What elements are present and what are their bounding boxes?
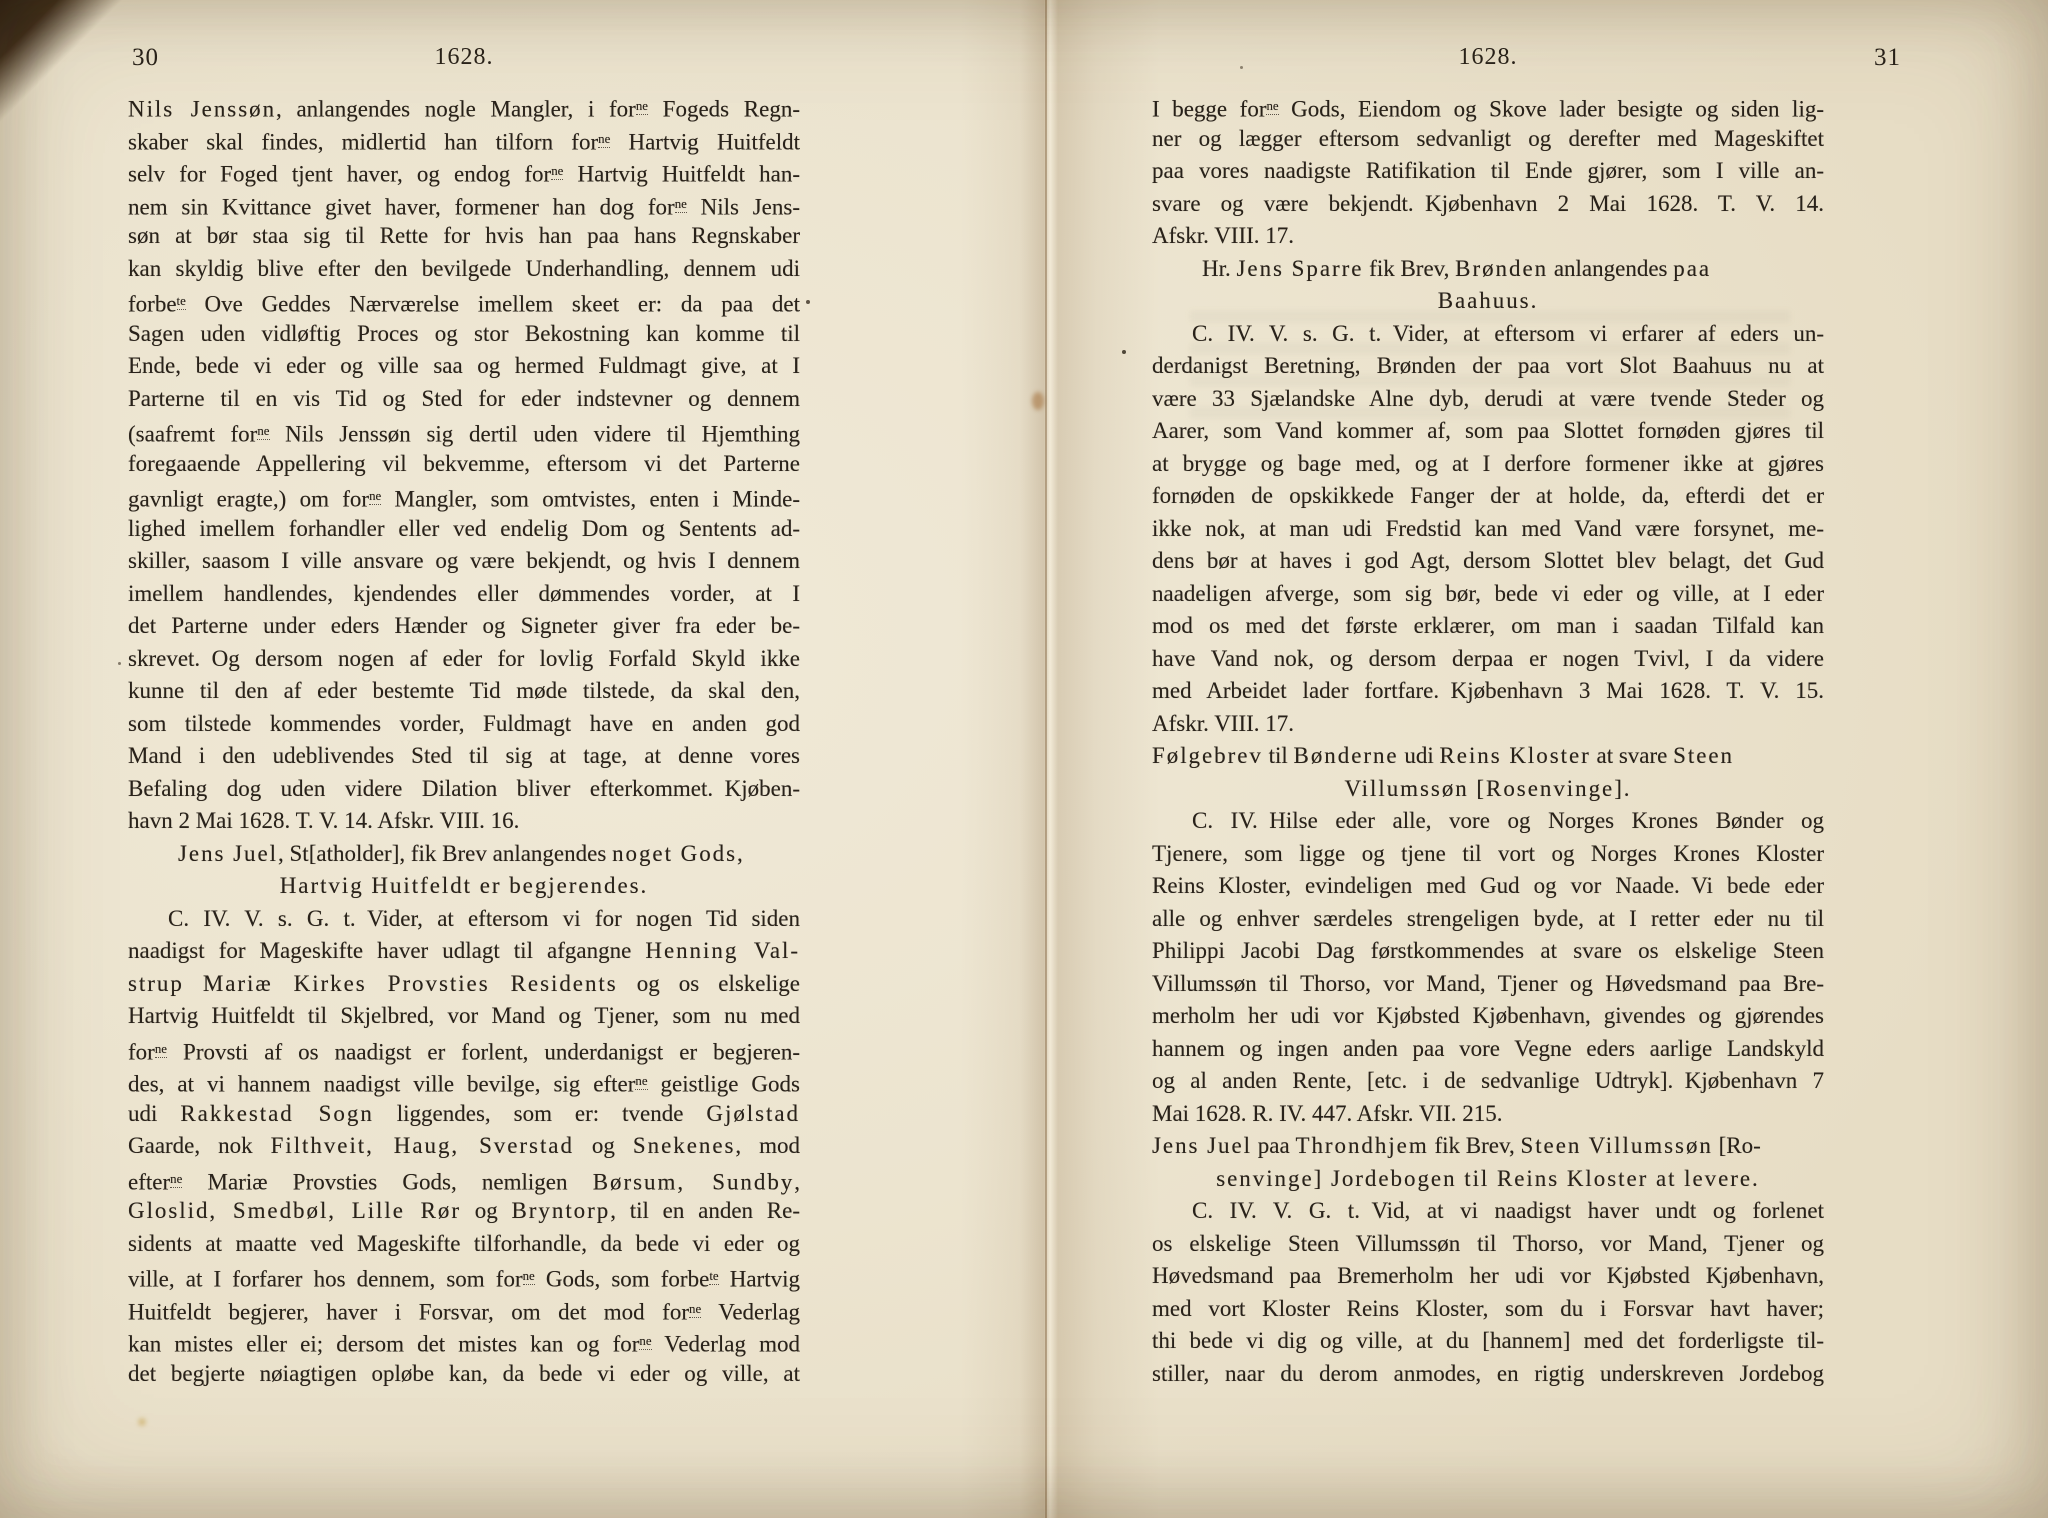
letterspaced-text: paa (1673, 256, 1711, 281)
letterspaced-text: Jens Juel (178, 841, 278, 866)
heading-line: senvinge] Jordebogen til Reins Kloster a… (1152, 1163, 1824, 1196)
letterspaced-text: Steen (1673, 743, 1734, 768)
text-run: Fogeds Regn- (648, 97, 800, 122)
body-line: imellem handlendes, kjendendes eller døm… (128, 578, 800, 611)
text-run: merholm her udi vor Kjøbsted Kjøbenhavn,… (1152, 1003, 1824, 1028)
body-line: med Arbeidet lader fortfare. Kjøbenhavn … (1152, 675, 1824, 708)
body-line: selv for Foged tjent haver, og endog for… (128, 155, 800, 188)
letterspaced-text: Jens Juel (1152, 1133, 1252, 1158)
paragraph: C. IV. Hilse eder alle, vore og Norges K… (1152, 805, 1824, 1130)
text-run: naadeligen afverge, som sig bør, bede vi… (1152, 581, 1824, 606)
text-run: Mai 1628. R. IV. 447. Afskr. VII. 215. (1152, 1101, 1503, 1126)
letterspaced-text: Steen Villumssøn (1520, 1133, 1712, 1158)
ink-speck (1240, 66, 1243, 69)
body-line: hannem og ingen anden paa vore Vegne ede… (1152, 1033, 1824, 1066)
letterspaced-text: Filthveit, Haug, Sverstad (271, 1133, 574, 1158)
body-line: det begjerte nøiagtigen opløbe kan, da b… (128, 1358, 800, 1391)
body-line: Gloslid, Smedbøl, Lille Rør og Bryntorp,… (128, 1195, 800, 1228)
body-line: gavnligt eragte,) om forne Mangler, som … (128, 480, 800, 513)
letterspaced-text: strup (128, 971, 184, 996)
text-run: kan mistes eller ei; dersom det mistes k… (128, 1332, 639, 1357)
letter-heading: Følgebrev til Bønderne udi Reins Kloster… (1152, 740, 1824, 805)
text-run: , til en anden Re- (610, 1198, 800, 1223)
ink-speck (1770, 1246, 1773, 1249)
superscript-abbrev: ne (523, 1269, 535, 1285)
text-run: Nils Jens- (687, 194, 800, 219)
rust-stain (1032, 392, 1044, 410)
body-line: naadigst for Mageskifte haver udlagt til… (128, 935, 800, 968)
letterspaced-text: Bønderne (1294, 743, 1399, 768)
text-run: I begge for (1152, 97, 1266, 122)
text-run: C. IV. V. s. G. t. Vider, at eftersom vi… (168, 906, 800, 931)
ink-speck (1122, 350, 1126, 354)
text-run: , St[atholder], fik Brev anlangendes (278, 841, 612, 866)
text-run: og (461, 1198, 512, 1223)
text-run: Tjenere, som ligge og tjene til vort og … (1152, 841, 1824, 866)
body-line: havn 2 Mai 1628. T. V. 14. Afskr. VIII. … (128, 805, 800, 838)
body-line: dens bør at haves i god Agt, dersom Slot… (1152, 545, 1824, 578)
heading-line: Villumssøn [Rosenvinge]. (1152, 773, 1824, 806)
text-run: at svare (1591, 743, 1673, 768)
heading-line: Jens Juel, St[atholder], fik Brev anlang… (128, 838, 800, 871)
body-line: kan skyldig blive efter den bevilgede Un… (128, 253, 800, 286)
letter-heading: Jens Juel, St[atholder], fik Brev anlang… (128, 838, 800, 903)
text-run: Hartvig Huitfeldt (610, 129, 800, 154)
body-line: skaber skal findes, midlertid han tilfor… (128, 123, 800, 156)
body-line: merholm her udi vor Kjøbsted Kjøbenhavn,… (1152, 1000, 1824, 1033)
show-through-ghost-text (1180, 290, 1800, 439)
text-run: skaber skal findes, midlertid han tilfor… (128, 129, 598, 154)
text-run: svare og være bekjendt. Kjøbenhavn 2 Mai… (1152, 191, 1824, 216)
text-run: Parterne til en vis Tid og Sted for eder… (128, 386, 800, 411)
superscript-abbrev: ne (369, 489, 381, 505)
paragraph: I begge forne Gods, Eiendom og Skove lad… (1152, 90, 1824, 253)
text-run: fik Brev, (1363, 256, 1455, 281)
body-line: Nils Jenssøn, anlangendes nogle Mangler,… (128, 90, 800, 123)
text-run: Afskr. VIII. 17. (1152, 711, 1294, 736)
ghost-line (1190, 407, 1790, 418)
superscript-abbrev: ne (551, 164, 563, 180)
text-run: , mod (735, 1133, 800, 1158)
text-run: udi (1399, 743, 1440, 768)
letterspaced-text: senvinge] Jordebogen til Reins Kloster a… (1216, 1166, 1760, 1191)
body-line: og al anden Rente, [etc. i de sedvanlige… (1152, 1065, 1824, 1098)
text-run: Afskr. VIII. 17. (1152, 223, 1294, 248)
text-run: fornøden de opskikkede Fanger der at hol… (1152, 483, 1824, 508)
body-line: forbete Ove Geddes Nærværelse imellem sk… (128, 285, 800, 318)
text-run: Nils Jenssøn sig dertil uden videre til … (270, 422, 801, 447)
text-run (184, 971, 203, 996)
letterspaced-text: Bryntorp (512, 1198, 611, 1223)
superscript-abbrev: ne (257, 424, 269, 440)
text-run: Gods, som forbe (535, 1267, 710, 1292)
text-run: med Arbeidet lader fortfare. Kjøbenhavn … (1152, 678, 1824, 703)
right-page-text: I begge forne Gods, Eiendom og Skove lad… (1152, 90, 1824, 1390)
body-line: des, at vi hannem naadigst ville bevilge… (128, 1065, 800, 1098)
body-line: forne Provsti af os naadigst er forlent,… (128, 1033, 800, 1066)
text-run: ikke nok, at man udi Fredstid kan med Va… (1152, 516, 1824, 541)
text-run: Provsti af os naadigst er forlent, under… (167, 1039, 800, 1064)
body-line: Befaling dog uden videre Dilation bliver… (128, 773, 800, 806)
text-run: lighed imellem forhandler eller ved ende… (128, 516, 800, 541)
text-run: kunne til den af eder bestemte Tid møde … (128, 678, 800, 703)
body-line: det Parterne under eders Hænder og Signe… (128, 610, 800, 643)
letterspaced-text: Rakkestad Sogn (180, 1101, 373, 1126)
text-run: C. IV. Hilse eder alle, vore og Norges K… (1192, 808, 1824, 833)
text-run: som tilstede kommendes vorder, Fuldmagt … (128, 711, 800, 736)
text-run: Mand i den udeblivendes Sted til sig at … (128, 743, 800, 768)
text-run: Reins Kloster, evindeligen med Gud og vo… (1152, 873, 1824, 898)
text-run: have Vand nok, og dersom derpaa er nogen… (1152, 646, 1824, 671)
body-line: alle og enhver særdeles strengeligen byd… (1152, 903, 1824, 936)
body-line: skiller, saasom I ville ansvare og være … (128, 545, 800, 578)
text-run: alle og enhver særdeles strengeligen byd… (1152, 906, 1824, 931)
text-run: des, at vi hannem naadigst ville bevilge… (128, 1072, 635, 1097)
letterspaced-text: Nils Jenssøn (128, 97, 276, 122)
text-run: fik Brev, (1429, 1133, 1521, 1158)
text-run: at brygge og bage med, og at I derfore f… (1152, 451, 1824, 476)
gutter-crease-line (1045, 0, 1047, 1518)
text-run: liggendes, som er: tvende (374, 1101, 707, 1126)
superscript-abbrev: te (709, 1269, 718, 1285)
letterspaced-text: Brønden (1455, 256, 1548, 281)
text-run: Hartvig Huitfeldt til Skjelbred, vor Man… (128, 1003, 800, 1028)
text-run: udi (128, 1101, 180, 1126)
body-line: strup Mariæ Kirkes Provsties Residents o… (128, 968, 800, 1001)
letterspaced-text: Henning Val- (645, 938, 800, 963)
ink-speck (806, 300, 810, 304)
body-line: Sagen uden vidløftig Proces og stor Beko… (128, 318, 800, 351)
letterspaced-text: Villumssøn [Rosenvinge]. (1344, 776, 1631, 801)
letterspaced-text: Følgebrev (1152, 743, 1263, 768)
heading-line: Hartvig Huitfeldt er begjerendes. (128, 870, 800, 903)
text-run: Huitfeldt begjerer, haver i Forsvar, om … (128, 1299, 689, 1324)
text-run: Gods, Eiendom og Skove lader besigte og … (1279, 97, 1824, 122)
body-line: Mai 1628. R. IV. 447. Afskr. VII. 215. (1152, 1098, 1824, 1131)
body-line: have Vand nok, og dersom derpaa er nogen… (1152, 643, 1824, 676)
body-line: efterne Mariæ Provsties Gods, nemligen B… (128, 1163, 800, 1196)
body-line: som tilstede kommendes vorder, Fuldmagt … (128, 708, 800, 741)
text-run: C. IV. V. G. t. Vid, at vi naadigst have… (1192, 1198, 1824, 1223)
text-run: med vort Kloster Reins Kloster, som du i… (1152, 1296, 1824, 1321)
letterspaced-text: Gloslid, Smedbøl, Lille Rør (128, 1198, 461, 1223)
superscript-abbrev: ne (1266, 99, 1278, 115)
text-run: skrevet. Og dersom nogen af eder for lov… (128, 646, 800, 671)
text-run: gavnligt eragte,) om for (128, 487, 369, 512)
text-run: det begjerte nøiagtigen opløbe kan, da b… (128, 1361, 800, 1386)
text-run: og al anden Rente, [etc. i de sedvanlige… (1152, 1068, 1824, 1093)
body-line: thi bede vi dig og ville, at du [hannem]… (1152, 1325, 1824, 1358)
text-run: for (128, 1039, 155, 1064)
body-line: søn at bør staa sig til Rette for hvis h… (128, 220, 800, 253)
text-run: , (794, 1169, 800, 1194)
text-run: og os elskelige (618, 971, 800, 996)
text-run: paa vores naadigste Ratifikation til End… (1152, 158, 1824, 183)
body-line: os elskelige Steen Villumssøn til Thorso… (1152, 1228, 1824, 1261)
body-line: Høvedsmand paa Bremerholm her udi vor Kj… (1152, 1260, 1824, 1293)
letterspaced-text: Reins Kloster (1439, 743, 1590, 768)
superscript-abbrev: ne (155, 1042, 167, 1058)
superscript-abbrev: ne (635, 1074, 647, 1090)
text-run: Gaarde, nok (128, 1133, 271, 1158)
text-run: mod os med det første erklærer, om man i… (1152, 613, 1824, 638)
letterspaced-text: noget Gods (612, 841, 737, 866)
body-line: ner og lægger eftersom sedvanligt og der… (1152, 123, 1824, 156)
text-run: [Ro- (1713, 1133, 1761, 1158)
body-line: C. IV. Hilse eder alle, vore og Norges K… (1152, 805, 1824, 838)
letterspaced-text: Hartvig Huitfeldt er begjerendes. (280, 873, 649, 898)
text-run: Mariæ Provsties Gods, nemligen (182, 1169, 592, 1194)
heading-line: Hr. Jens Sparre fik Brev, Brønden anlang… (1152, 253, 1824, 286)
text-run: forbe (128, 292, 177, 317)
book-scan-photo: 30 1628. Nils Jenssøn, anlangendes nogle… (0, 0, 2048, 1518)
body-line: nem sin Kvittance givet haver, formener … (128, 188, 800, 221)
superscript-abbrev: ne (636, 99, 648, 115)
ghost-line (1190, 375, 1790, 386)
letterspaced-text: Throndhjem (1295, 1133, 1428, 1158)
text-run: hannem og ingen anden paa vore Vegne ede… (1152, 1036, 1824, 1061)
body-line: skrevet. Og dersom nogen af eder for lov… (128, 643, 800, 676)
text-run: nem sin Kvittance givet haver, formener … (128, 194, 675, 219)
body-line: Huitfeldt begjerer, haver i Forsvar, om … (128, 1293, 800, 1326)
text-run: havn 2 Mai 1628. T. V. 14. Afskr. VIII. … (128, 808, 519, 833)
body-line: foregaaende Appellering vil bekvemme, ef… (128, 448, 800, 481)
text-run: os elskelige Steen Villumssøn til Thorso… (1152, 1231, 1824, 1256)
body-line: kunne til den af eder bestemte Tid møde … (128, 675, 800, 708)
text-run: thi bede vi dig og ville, at du [hannem]… (1152, 1328, 1824, 1353)
body-line: lighed imellem forhandler eller ved ende… (128, 513, 800, 546)
body-line: udi Rakkestad Sogn liggendes, som er: tv… (128, 1098, 800, 1131)
body-line: Villumssøn til Thorso, vor Mand, Tjener … (1152, 968, 1824, 1001)
text-run: til (1263, 743, 1294, 768)
body-line: Tjenere, som ligge og tjene til vort og … (1152, 838, 1824, 871)
body-line: ville, at I forfarer hos dennem, som for… (128, 1260, 800, 1293)
letterspaced-text: Mariæ Kirkes Provsties Residents (203, 971, 618, 996)
superscript-abbrev: ne (170, 1172, 182, 1188)
body-line: sidents at maatte ved Mageskifte tilforh… (128, 1228, 800, 1261)
body-line: Gaarde, nok Filthveit, Haug, Sverstad og… (128, 1130, 800, 1163)
text-run: Befaling dog uden videre Dilation bliver… (128, 776, 800, 801)
body-line: Hartvig Huitfeldt til Skjelbred, vor Man… (128, 1000, 800, 1033)
body-line: Ende, bede vi eder og ville saa og herme… (128, 350, 800, 383)
text-run: foregaaende Appellering vil bekvemme, ef… (128, 451, 800, 476)
body-line: Reins Kloster, evindeligen med Gud og vo… (1152, 870, 1824, 903)
body-line: Afskr. VIII. 17. (1152, 708, 1824, 741)
book-gutter-shadow (960, 0, 1160, 1518)
text-run: stiller, naar du derom anmodes, en rigti… (1152, 1361, 1824, 1386)
body-line: stiller, naar du derom anmodes, en rigti… (1152, 1358, 1824, 1391)
letter-heading: Jens Juel paa Throndhjem fik Brev, Steen… (1152, 1130, 1824, 1195)
superscript-abbrev: ne (689, 1302, 701, 1318)
paragraph: Nils Jenssøn, anlangendes nogle Mangler,… (128, 90, 800, 838)
text-run: efter (128, 1169, 170, 1194)
text-run: skiller, saasom I ville ansvare og være … (128, 548, 800, 573)
text-run: Vederlag mod (652, 1332, 800, 1357)
text-run: dens bør at haves i god Agt, dersom Slot… (1152, 548, 1824, 573)
text-run: det Parterne under eders Hænder og Signe… (128, 613, 800, 638)
right-page-number: 31 (1874, 44, 1901, 72)
letterspaced-text: Jens Sparre (1237, 256, 1364, 281)
text-run: Vederlag (701, 1299, 800, 1324)
text-run: ner og lægger eftersom sedvanligt og der… (1152, 126, 1824, 151)
text-run: Hr. (1202, 256, 1237, 281)
paragraph: C. IV. V. s. G. t. Vider, at eftersom vi… (128, 903, 800, 1391)
text-run: , anlangendes nogle Mangler, i for (276, 97, 636, 122)
text-run: kan skyldig blive efter den bevilgede Un… (128, 256, 800, 281)
text-run: Villumssøn til Thorso, vor Mand, Tjener … (1152, 971, 1824, 996)
right-running-head: 1628. (1152, 44, 1824, 71)
text-run: (saafremt for (128, 422, 257, 447)
body-line: (saafremt forne Nils Jenssøn sig dertil … (128, 415, 800, 448)
body-line: ikke nok, at man udi Fredstid kan med Va… (1152, 513, 1824, 546)
body-line: paa vores naadigste Ratifikation til End… (1152, 155, 1824, 188)
text-run: imellem handlendes, kjendendes eller døm… (128, 581, 800, 606)
text-run: Hartvig Huitfeldt han- (563, 162, 800, 187)
text-run: ville, at I forfarer hos dennem, som for (128, 1267, 523, 1292)
text-run: , (737, 841, 743, 866)
heading-line: Jens Juel paa Throndhjem fik Brev, Steen… (1152, 1130, 1824, 1163)
superscript-abbrev: ne (598, 132, 610, 148)
body-line: C. IV. V. G. t. Vid, at vi naadigst have… (1152, 1195, 1824, 1228)
superscript-abbrev: ne (675, 197, 687, 213)
body-line: svare og være bekjendt. Kjøbenhavn 2 Mai… (1152, 188, 1824, 221)
text-run: Mangler, som omtvistes, enten i Minde- (381, 487, 800, 512)
body-line: Philippi Jacobi Dag førstkommendes at sv… (1152, 935, 1824, 968)
text-run: søn at bør staa sig til Rette for hvis h… (128, 223, 800, 248)
text-run: Ove Geddes Nærværelse imellem skeet er: … (186, 292, 800, 317)
body-line: Parterne til en vis Tid og Sted for eder… (128, 383, 800, 416)
yellow-stain (138, 1418, 146, 1426)
paragraph: C. IV. V. G. t. Vid, at vi naadigst have… (1152, 1195, 1824, 1390)
body-line: fornøden de opskikkede Fanger der at hol… (1152, 480, 1824, 513)
body-line: Afskr. VIII. 17. (1152, 220, 1824, 253)
text-run: Philippi Jacobi Dag førstkommendes at sv… (1152, 938, 1824, 963)
body-line: naadeligen afverge, som sig bør, bede vi… (1152, 578, 1824, 611)
text-run: Hartvig (719, 1267, 800, 1292)
text-run: og (574, 1133, 633, 1158)
body-line: Mand i den udeblivendes Sted til sig at … (128, 740, 800, 773)
letterspaced-text: Gjølstad (706, 1101, 800, 1126)
superscript-abbrev: te (177, 294, 186, 310)
body-line: at brygge og bage med, og at I derfore f… (1152, 448, 1824, 481)
left-page-text: Nils Jenssøn, anlangendes nogle Mangler,… (128, 90, 800, 1390)
body-line: kan mistes eller ei; dersom det mistes k… (128, 1325, 800, 1358)
text-run: paa (1252, 1133, 1295, 1158)
text-run: Sagen uden vidløftig Proces og stor Beko… (128, 321, 800, 346)
body-line: C. IV. V. s. G. t. Vider, at eftersom vi… (128, 903, 800, 936)
ghost-line (1190, 311, 1790, 322)
text-run: anlangendes (1548, 256, 1673, 281)
ghost-line (1190, 343, 1790, 354)
letterspaced-text: Snekenes (633, 1133, 736, 1158)
text-run: sidents at maatte ved Mageskifte tilforh… (128, 1231, 800, 1256)
body-line: med vort Kloster Reins Kloster, som du i… (1152, 1293, 1824, 1326)
superscript-abbrev: ne (639, 1334, 651, 1350)
text-run: selv for Foged tjent haver, og endog for (128, 162, 551, 187)
text-run: geistlige Gods (648, 1072, 800, 1097)
text-run: Høvedsmand paa Bremerholm her udi vor Kj… (1152, 1263, 1824, 1288)
letterspaced-text: Børsum, Sundby (593, 1169, 794, 1194)
body-line: mod os med det første erklærer, om man i… (1152, 610, 1824, 643)
left-running-head: 1628. (128, 44, 800, 71)
body-line: I begge forne Gods, Eiendom og Skove lad… (1152, 90, 1824, 123)
ink-speck (118, 662, 121, 665)
text-run: Ende, bede vi eder og ville saa og herme… (128, 353, 800, 378)
text-run: naadigst for Mageskifte haver udlagt til… (128, 938, 645, 963)
heading-line: Følgebrev til Bønderne udi Reins Kloster… (1152, 740, 1824, 773)
